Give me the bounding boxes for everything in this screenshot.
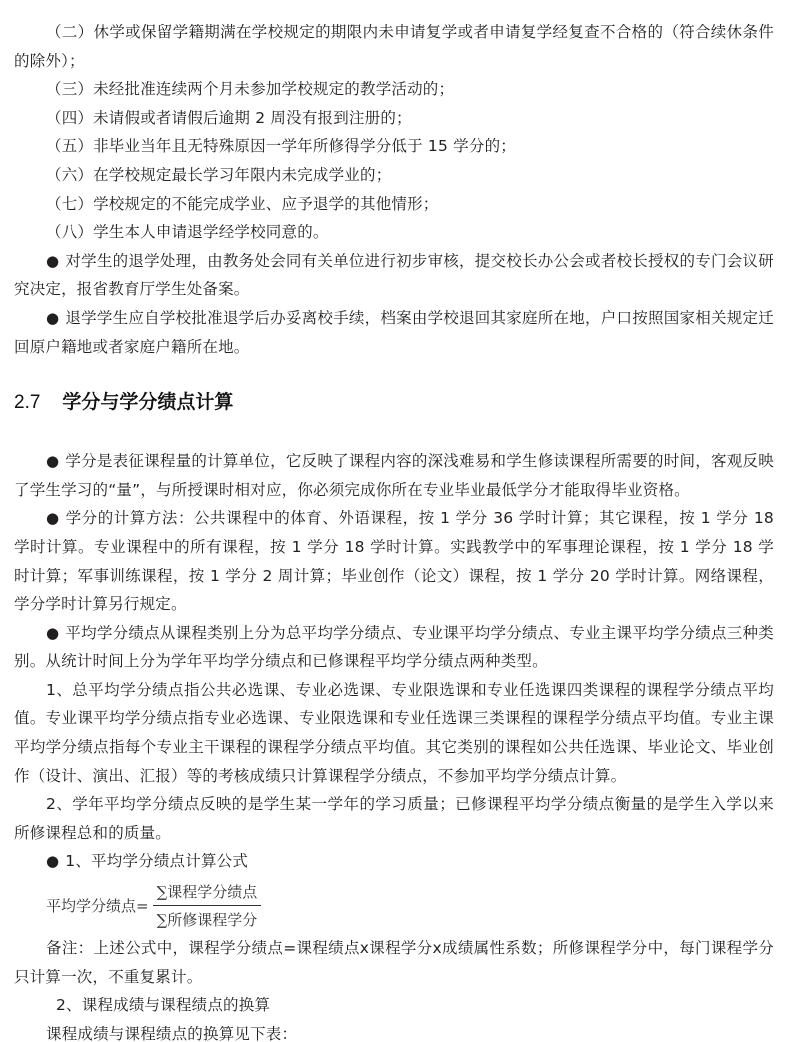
paragraph-gpa-categories: 1、总平均学分绩点指公共必选课、专业必选课、专业限选课和专业任选课四类课程的课程… — [14, 676, 774, 790]
bullet-icon: ● — [46, 452, 59, 470]
bullet-paragraph-withdraw-procedure: ●退学学生应自学校批准退学后办妥离校手续，档案由学校退回其家庭所在地，户口按照国… — [14, 304, 774, 361]
bullet-icon: ● — [46, 852, 59, 870]
table-intro: 课程成绩与课程绩点的换算见下表： — [14, 1020, 774, 1042]
paragraph-text: 学分的计算方法：公共课程中的体育、外语课程，按 1 学分 36 学时计算；其它课… — [14, 509, 774, 613]
formula-numerator: ∑课程学分绩点 — [153, 881, 262, 906]
paragraph-text: 1、平均学分绩点计算公式 — [65, 852, 248, 870]
bullet-paragraph-withdraw-review: ●对学生的退学处理，由教务处会同有关单位进行初步审核，提交校长办公会或者校长授权… — [14, 247, 774, 304]
bullet-icon: ● — [46, 252, 59, 270]
paragraph-text: 对学生的退学处理，由教务处会同有关单位进行初步审核，提交校长办公会或者校长授权的… — [14, 252, 774, 299]
bullet-paragraph-credit-definition: ●学分是表征课程量的计算单位，它反映了课程内容的深浅难易和学生修读课程所需要的时… — [14, 447, 774, 504]
bullet-paragraph-formula-title: ●1、平均学分绩点计算公式 — [14, 847, 774, 876]
bullet-icon: ● — [46, 624, 59, 642]
list-item-7: （七）学校规定的不能完成学业、应予退学的其他情形； — [14, 190, 774, 219]
bullet-paragraph-credit-calculation: ●学分的计算方法：公共课程中的体育、外语课程，按 1 学分 36 学时计算；其它… — [14, 504, 774, 618]
paragraph-gpa-time: 2、学年平均学分绩点反映的是学生某一学年的学习质量；已修课程平均学分绩点衡量的是… — [14, 790, 774, 847]
list-item-5: （五）非毕业当年且无特殊原因一学年所修得学分低于 15 学分的； — [14, 132, 774, 161]
list-item-3: （三）未经批准连续两个月未参加学校规定的教学活动的； — [14, 75, 774, 104]
paragraph-text: 平均学分绩点从课程类别上分为总平均学分绩点、专业课平均学分绩点、专业主课平均学分… — [14, 624, 774, 671]
section-heading: 2.7学分与学分绩点计算 — [14, 391, 774, 415]
formula-lhs: 平均学分绩点= — [46, 895, 149, 916]
formula-fraction: ∑课程学分绩点 ∑所修课程学分 — [153, 881, 262, 930]
list-item-6: （六）在学校规定最长学习年限内未完成学业的； — [14, 161, 774, 190]
list-item-8: （八）学生本人申请退学经学校同意的。 — [14, 218, 774, 247]
section-number: 2.7 — [14, 392, 40, 413]
section-title: 学分与学分绩点计算 — [62, 392, 233, 413]
formula-note: 备注：上述公式中，课程学分绩点=课程绩点x课程学分x成绩属性系数；所修课程学分中… — [14, 934, 774, 991]
subheading-grade-conversion: 2、课程成绩与课程绩点的换算 — [14, 991, 774, 1020]
gpa-formula: 平均学分绩点= ∑课程学分绩点 ∑所修课程学分 — [46, 876, 774, 934]
list-item-4: （四）未请假或者请假后逾期 2 周没有报到注册的； — [14, 104, 774, 133]
paragraph-text: 学分是表征课程量的计算单位，它反映了课程内容的深浅难易和学生修读课程所需要的时间… — [14, 452, 774, 499]
formula-denominator: ∑所修课程学分 — [153, 906, 262, 930]
paragraph-text: 退学学生应自学校批准退学后办妥离校手续，档案由学校退回其家庭所在地，户口按照国家… — [14, 309, 774, 356]
document-page: （二）休学或保留学籍期满在学校规定的期限内未申请复学或者申请复学经复查不合格的（… — [14, 0, 774, 1042]
bullet-icon: ● — [46, 309, 59, 327]
bullet-icon: ● — [46, 509, 60, 527]
bullet-paragraph-gpa-types: ●平均学分绩点从课程类别上分为总平均学分绩点、专业课平均学分绩点、专业主课平均学… — [14, 619, 774, 676]
list-item-2: （二）休学或保留学籍期满在学校规定的期限内未申请复学或者申请复学经复查不合格的（… — [14, 18, 774, 75]
